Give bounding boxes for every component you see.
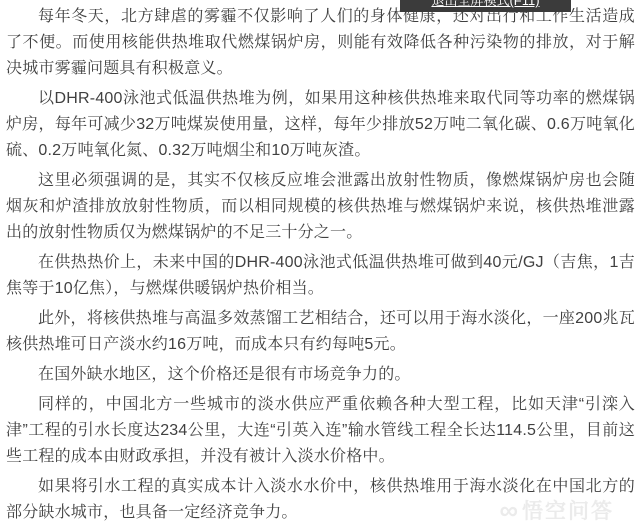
exit-fullscreen-toast: 退出全屏模式(F11) [400,0,571,12]
paragraph: 在国外缺水地区，这个价格还是很有市场竞争力的。 [6,362,635,388]
paragraph: 在供热热价上，未来中国的DHR-400泳池式低温供热堆可做到40元/GJ（吉焦，… [6,250,635,302]
wukong-watermark-label: 悟空问答 [522,495,614,525]
paragraph: 每年冬天，北方肆虐的雾霾不仅影响了人们的身体健康，还对出行和工作生活造成了不便。… [6,4,635,82]
paragraph: 以DHR-400泳池式低温供热堆为例，如果用这种核供热堆来取代同等功率的燃煤锅炉… [6,86,635,164]
exit-fullscreen-toast-label: 退出全屏模式(F11) [400,0,571,11]
article-body: 每年冬天，北方肆虐的雾霾不仅影响了人们的身体健康，还对出行和工作生活造成了不便。… [0,0,640,526]
paragraph: 此外，将核供热堆与高温多效蒸馏工艺相结合，还可以用于海水淡化，一座200兆瓦核供… [6,306,635,358]
wukong-qa-watermark: ∞ 悟空问答 [499,495,614,525]
paragraph: 这里必须强调的是，其实不仅核反应堆会泄露出放射性物质，像燃煤锅炉房也会随烟灰和炉… [6,168,635,246]
paragraph: 同样的，中国北方一些城市的淡水供应严重依赖各种大型工程，比如天津“引滦入津”工程… [6,392,635,470]
article-page: 每年冬天，北方肆虐的雾霾不仅影响了人们的身体健康，还对出行和工作生活造成了不便。… [0,0,640,529]
wukong-logo-icon: ∞ [499,499,518,521]
